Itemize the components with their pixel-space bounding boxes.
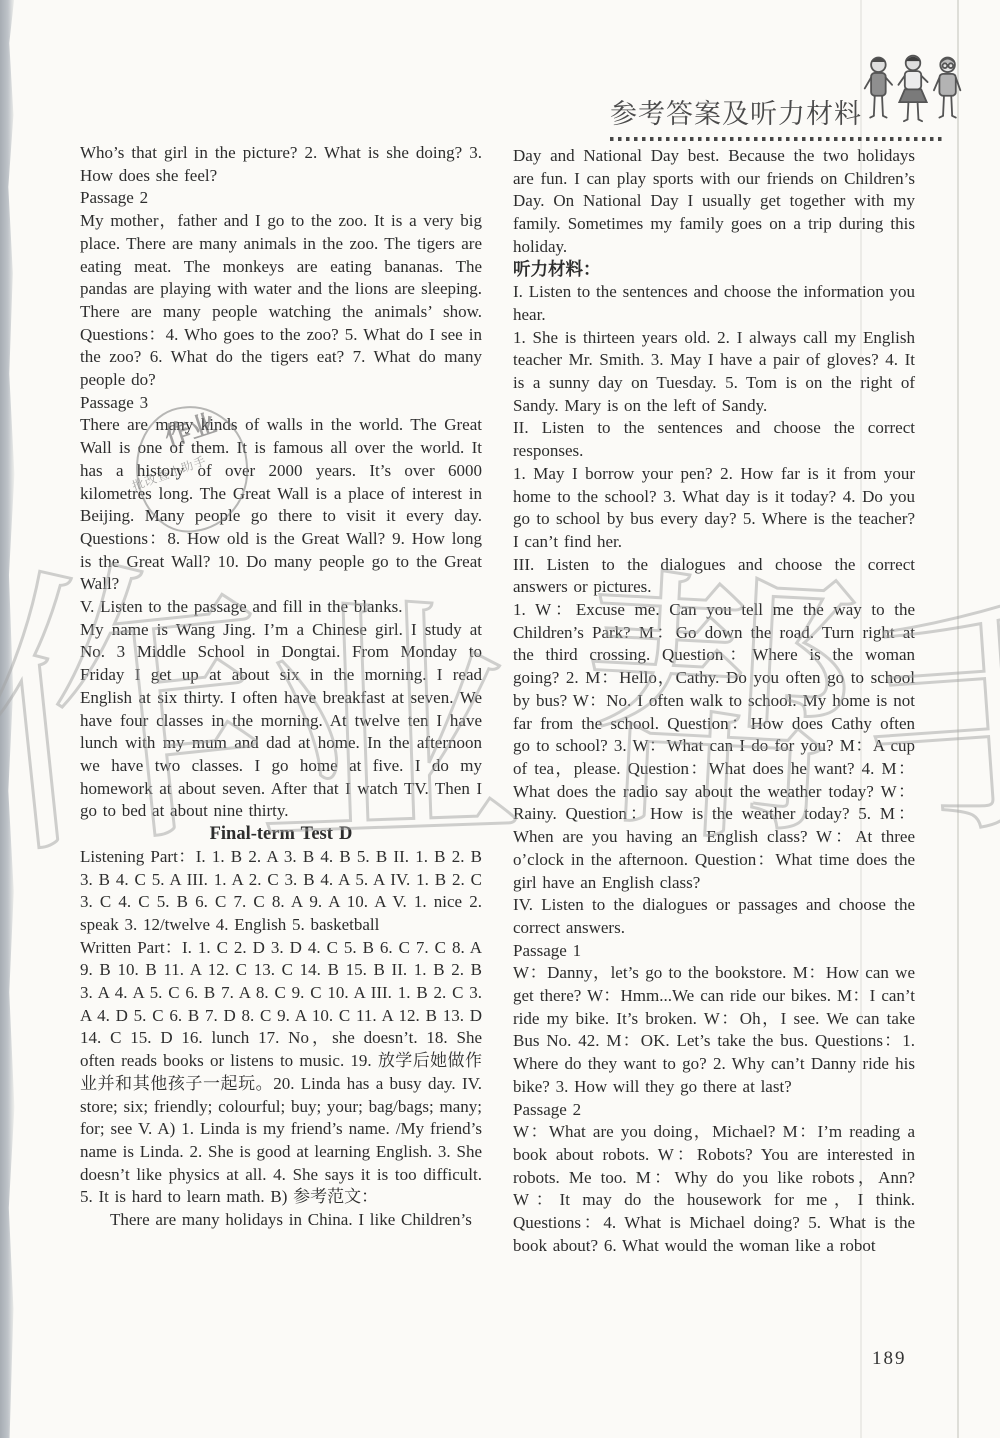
- text-paragraph: 1. May I borrow your pen? 2. How far is …: [513, 463, 915, 554]
- text-paragraph: Listening Part：I. 1. B 2. A 3. B 4. B 5.…: [80, 846, 482, 937]
- text-paragraph: Written Part：I. 1. C 2. D 3. D 4. C 5. B…: [80, 937, 482, 1209]
- left-column: Who’s that girl in the picture? 2. What …: [80, 142, 482, 1232]
- passage-label: Passage 1: [513, 940, 915, 963]
- text-paragraph: Day and National Day best. Because the t…: [513, 145, 915, 259]
- passage-label: Passage 3: [80, 392, 482, 415]
- passage-label: Passage 2: [80, 187, 482, 210]
- text-paragraph: W：Danny，let’s go to the bookstore. M：How…: [513, 962, 915, 1098]
- page-number: 189: [872, 1348, 907, 1370]
- page-header: 参考答案及听力材料: [610, 50, 944, 141]
- passage-label: Passage 2: [513, 1099, 915, 1122]
- section-heading: Final-term Test D: [80, 823, 482, 846]
- torn-paper-edge: [0, 0, 16, 1438]
- text-paragraph: I. Listen to the sentences and choose th…: [513, 281, 915, 326]
- text-paragraph: 1. She is thirteen years old. 2. I alway…: [513, 327, 915, 418]
- right-column: Day and National Day best. Because the t…: [513, 145, 915, 1257]
- text-paragraph: My mother，father and I go to the zoo. It…: [80, 210, 482, 392]
- page-fold-line: [957, 0, 959, 1438]
- text-paragraph: II. Listen to the sentences and choose t…: [513, 417, 915, 462]
- dotted-divider: [610, 137, 944, 141]
- text-paragraph: My name is Wang Jing. I’m a Chinese girl…: [80, 619, 482, 823]
- text-paragraph: IV. Listen to the dialogues or passages …: [513, 894, 915, 939]
- text-paragraph: 1. W：Excuse me. Can you tell me the way …: [513, 599, 915, 894]
- page-title: 参考答案及听力材料: [610, 92, 862, 136]
- text-paragraph: There are many kinds of walls in the wor…: [80, 414, 482, 596]
- section-heading: 听力材料：: [513, 259, 915, 282]
- text-paragraph: III. Listen to the dialogues and choose …: [513, 554, 915, 599]
- text-paragraph: W：What are you doing，Michael? M：I’m read…: [513, 1121, 915, 1257]
- text-paragraph: Who’s that girl in the picture? 2. What …: [80, 142, 482, 187]
- text-paragraph: There are many holidays in China. I like…: [80, 1209, 482, 1232]
- book-page: 参考答案及听力材料: [0, 0, 1000, 1438]
- text-paragraph: V. Listen to the passage and fill in the…: [80, 596, 482, 619]
- children-cartoon-icon: [862, 50, 964, 136]
